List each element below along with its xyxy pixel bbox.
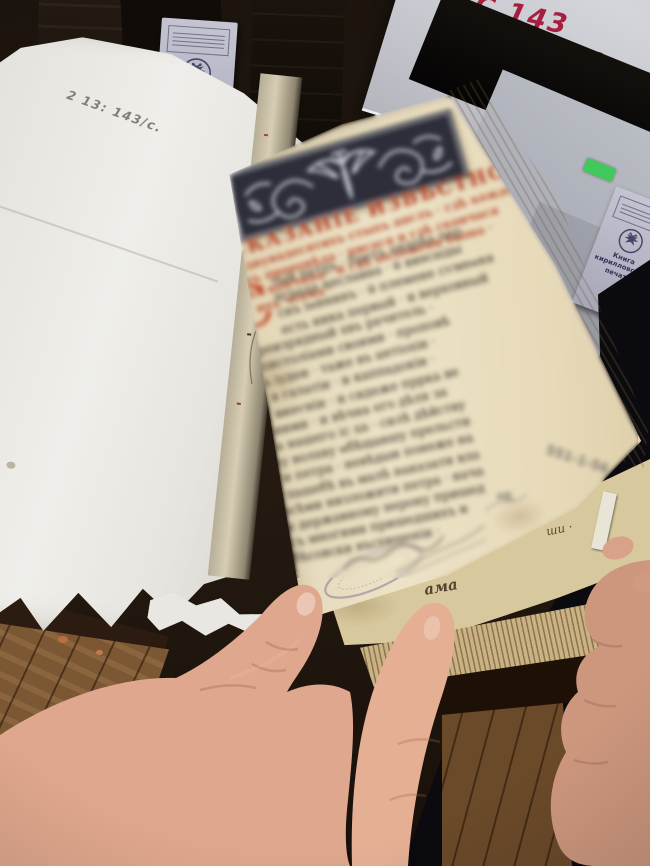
page-stain bbox=[6, 461, 16, 469]
page-crease bbox=[0, 202, 218, 282]
flyleaf-pencil-shelfmark: 2 13: 143/с. bbox=[65, 87, 165, 136]
card-fine-print bbox=[167, 25, 231, 56]
floor-debris bbox=[58, 636, 68, 643]
photo-old-printed-book: С 143 ··· -8-69 Книга кирилловской печат… bbox=[0, 0, 650, 866]
floor-debris bbox=[96, 650, 103, 655]
